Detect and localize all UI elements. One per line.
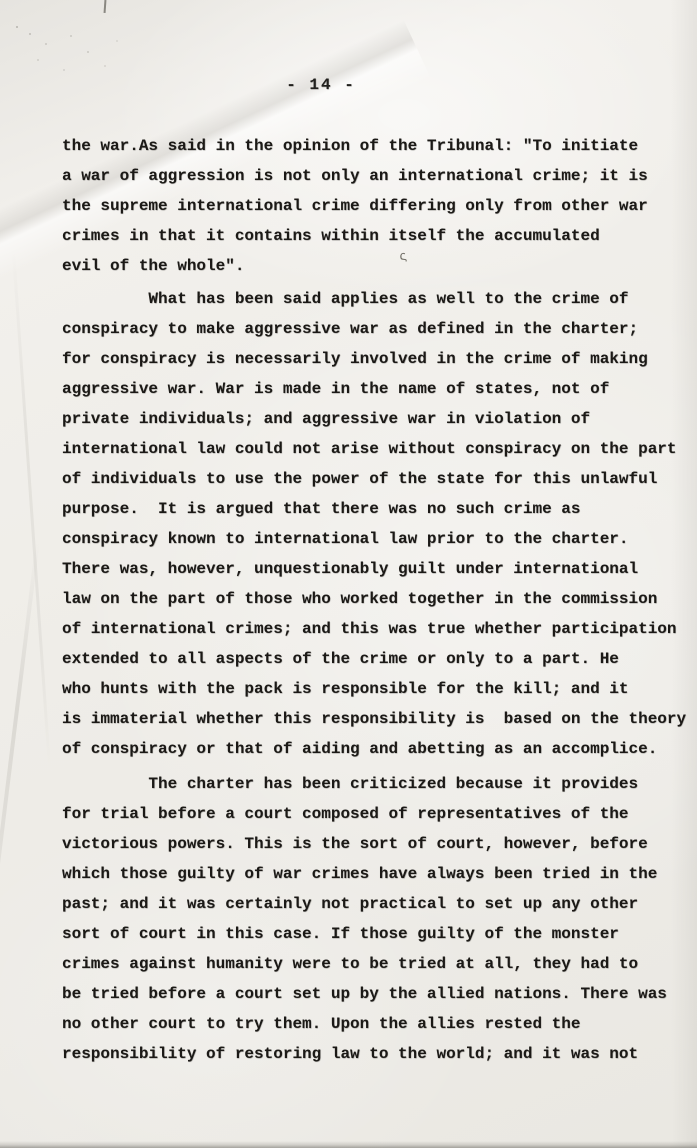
paper-crease-left-2 <box>12 251 51 770</box>
text-line: of conspiracy or that of aiding and abet… <box>62 734 694 764</box>
text-line: who hunts with the pack is responsible f… <box>62 674 694 704</box>
scan-artifact <box>104 0 107 13</box>
text-line: aggressive war. War is made in the name … <box>62 374 694 404</box>
text-line: of individuals to use the power of the s… <box>62 464 694 494</box>
text-line: of international crimes; and this was tr… <box>62 614 694 644</box>
text-line: private individuals; and aggressive war … <box>62 404 694 434</box>
document-page: - 14 - the war.As said in the opinion of… <box>0 0 697 1148</box>
text-line: a war of aggression is not only an inter… <box>62 161 694 191</box>
text-line: conspiracy to make aggressive war as def… <box>62 314 694 344</box>
text-line: victorious powers. This is the sort of c… <box>62 829 694 859</box>
paragraph: the war.As said in the opinion of the Tr… <box>62 131 694 281</box>
text-line: purpose. It is argued that there was no … <box>62 494 694 524</box>
text-line: law on the part of those who worked toge… <box>62 584 694 614</box>
paragraph: What has been said applies as well to th… <box>62 284 694 764</box>
text-line: be tried before a court set up by the al… <box>62 979 694 1009</box>
text-line: for trial before a court composed of rep… <box>62 799 694 829</box>
text-line: The charter has been criticized because … <box>62 769 694 799</box>
text-line: the supreme international crime differin… <box>62 191 694 221</box>
text-line: which those guilty of war crimes have al… <box>62 859 694 889</box>
text-line: no other court to try them. Upon the all… <box>62 1009 694 1039</box>
text-line: responsibility of restoring law to the w… <box>62 1039 694 1069</box>
text-line: There was, however, unquestionably guilt… <box>62 554 694 584</box>
paper-crease-left <box>0 541 40 958</box>
text-line: extended to all aspects of the crime or … <box>62 644 694 674</box>
text-line: crimes in that it contains within itself… <box>62 221 694 251</box>
paper-specks <box>16 26 18 28</box>
text-line: crimes against humanity were to be tried… <box>62 949 694 979</box>
page-number: - 14 - <box>0 76 642 94</box>
text-line: international law could not arise withou… <box>62 434 694 464</box>
text-line: the war.As said in the opinion of the Tr… <box>62 131 694 161</box>
text-line: conspiracy known to international law pr… <box>62 524 694 554</box>
text-line: past; and it was certainly not practical… <box>62 889 694 919</box>
text-line: What has been said applies as well to th… <box>62 284 694 314</box>
paragraph: The charter has been criticized because … <box>62 769 694 1069</box>
text-line: sort of court in this case. If those gui… <box>62 919 694 949</box>
document-text: the war.As said in the opinion of the Tr… <box>62 131 694 1069</box>
text-line: evil of the whole". <box>62 251 694 281</box>
text-line: for conspiracy is necessarily involved i… <box>62 344 694 374</box>
text-line: is immaterial whether this responsibilit… <box>62 704 694 734</box>
